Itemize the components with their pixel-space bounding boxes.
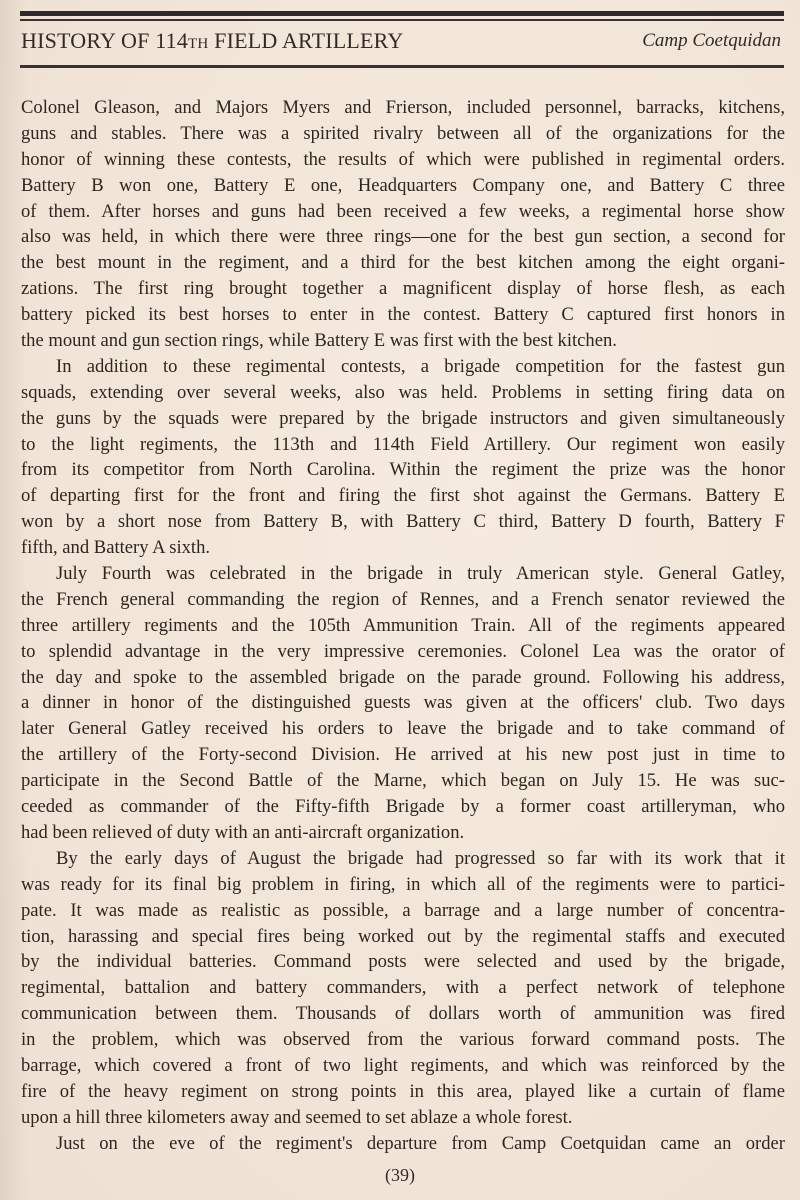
text-line: later General Gatley received his orders… [21,716,785,742]
text-line: barrage, which covered a front of two li… [21,1053,785,1079]
text-line: also was held, in which there were three… [21,224,785,250]
text-line: In addition to these regimental contests… [21,354,785,380]
text-line: pate. It was made as realistic as possib… [21,898,785,924]
text-line: regimental, battalion and battery comman… [21,975,785,1001]
header-bottom-rule [20,65,784,68]
paragraph: Just on the eve of the regiment's depart… [21,1131,785,1157]
text-line: participate in the Second Battle of the … [21,768,785,794]
text-line: fifth, and Battery A sixth. [21,535,785,561]
text-line: to the light regiments, the 113th and 11… [21,432,785,458]
text-line: the guns by the squads were prepared by … [21,406,785,432]
text-line: had been relieved of duty with an anti-a… [21,820,785,846]
body-text: Colonel Gleason, and Majors Myers and Fr… [21,95,785,1157]
text-line: guns and stables. There was a spirited r… [21,121,785,147]
text-line: by the individual batteries. Command pos… [21,949,785,975]
paragraph: By the early days of August the brigade … [21,846,785,1131]
paragraph: In addition to these regimental contests… [21,354,785,561]
text-line: upon a hill three kilometers away and se… [21,1105,785,1131]
text-line: the artillery of the Forty-second Divisi… [21,742,785,768]
text-line: Colonel Gleason, and Majors Myers and Fr… [21,95,785,121]
paragraph: Colonel Gleason, and Majors Myers and Fr… [21,95,785,354]
text-line: Battery B won one, Battery E one, Headqu… [21,173,785,199]
text-line: of departing first for the front and fir… [21,483,785,509]
text-line: ceeded as commander of the Fifty-fifth B… [21,794,785,820]
text-line: By the early days of August the brigade … [21,846,785,872]
book-title: HISTORY OF 114TH FIELD ARTILLERY [21,28,403,54]
book-page: HISTORY OF 114TH FIELD ARTILLERY Camp Co… [0,0,800,1200]
text-line: tion, harassing and special fires being … [21,924,785,950]
text-line: three artillery regiments and the 105th … [21,613,785,639]
text-line: the day and spoke to the assembled briga… [21,665,785,691]
text-line: zations. The first ring brought together… [21,276,785,302]
text-line: was ready for its final big problem in f… [21,872,785,898]
text-line: honor of winning these contests, the res… [21,147,785,173]
top-thin-rule [20,19,784,21]
top-thick-rule [20,11,784,16]
text-line: communication between them. Thousands of… [21,1001,785,1027]
book-title-suffix: FIELD ARTILLERY [208,28,403,53]
section-title: Camp Coetquidan [642,30,781,52]
text-line: in the problem, which was observed from … [21,1027,785,1053]
text-line: the best mount in the regiment, and a th… [21,250,785,276]
paragraph: July Fourth was celebrated in the brigad… [21,561,785,846]
book-title-prefix: HISTORY OF 114 [21,28,188,53]
text-line: battery picked its best horses to enter … [21,302,785,328]
text-line: the French general commanding the region… [21,587,785,613]
text-line: won by a short nose from Battery B, with… [21,509,785,535]
text-line: from its competitor from North Carolina.… [21,457,785,483]
text-line: July Fourth was celebrated in the brigad… [21,561,785,587]
text-line: to splendid advantage in the very impres… [21,639,785,665]
running-head: HISTORY OF 114TH FIELD ARTILLERY Camp Co… [21,28,785,64]
page-number: (39) [0,1165,800,1186]
text-line: Just on the eve of the regiment's depart… [21,1131,785,1157]
text-line: of them. After horses and guns had been … [21,199,785,225]
text-line: a dinner in honor of the distinguished g… [21,690,785,716]
book-title-ordinal: TH [188,36,208,52]
text-line: fire of the heavy regiment on strong poi… [21,1079,785,1105]
text-line: the mount and gun section rings, while B… [21,328,785,354]
text-line: squads, extending over several weeks, al… [21,380,785,406]
